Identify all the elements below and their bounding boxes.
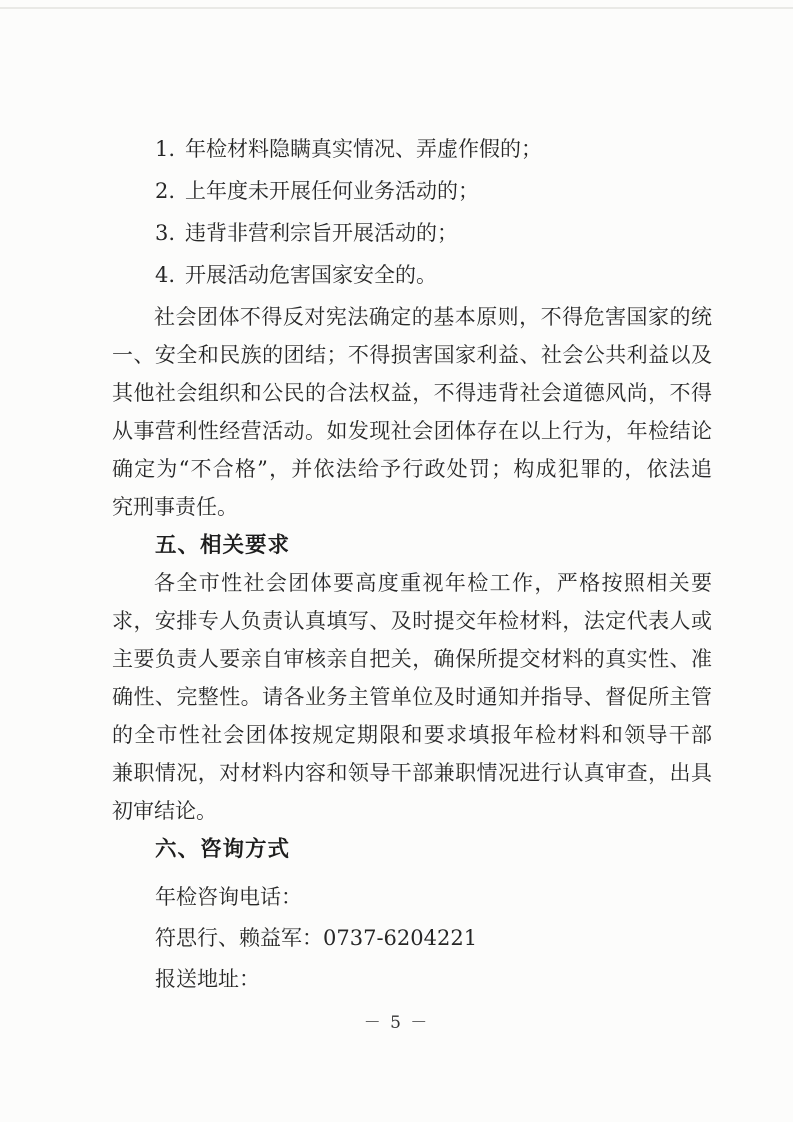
list-item-number: 4. [155, 256, 185, 294]
para-line: 确定为“不合格”，并依法给予行政处罚；构成犯罪的，依法追 [112, 450, 712, 488]
list-item-text: 年检材料隐瞒真实情况、弄虚作假的； [185, 137, 542, 161]
paragraph-requirements: 各全市性社会团体要高度重视年检工作，严格按照相关要 求，安排专人负责认真填写、及… [112, 564, 712, 830]
para-line: 的全市性社会团体按规定期限和要求填报年检材料和领导干部 [112, 716, 712, 754]
phone-label-line: 年检咨询电话： [112, 877, 712, 918]
document-content: 1.年检材料隐瞒真实情况、弄虚作假的； 2.上年度未开展任何业务活动的； 3.违… [112, 130, 712, 1000]
para-line: 各全市性社会团体要高度重视年检工作，严格按照相关要 [112, 564, 712, 602]
list-item-text: 上年度未开展任何业务活动的； [185, 179, 479, 203]
section-6-heading: 六、咨询方式 [112, 830, 712, 868]
para-line: 主要负责人要亲自审核亲自把关，确保所提交材料的真实性、准 [112, 640, 712, 678]
list-item-number: 2. [155, 172, 185, 210]
numbered-list: 1.年检材料隐瞒真实情况、弄虚作假的； 2.上年度未开展任何业务活动的； 3.违… [112, 130, 712, 294]
page-number: － 5 － [0, 1008, 793, 1033]
scan-edge-line [0, 7, 793, 9]
contact-block: 年检咨询电话： 符思行、赖益军：0737-6204221 报送地址： [112, 877, 712, 1000]
para-line: 求，安排专人负责认真填写、及时提交年检材料，法定代表人或 [112, 602, 712, 640]
para-line: 确性、完整性。请各业务主管单位及时通知并指导、督促所主管 [112, 678, 712, 716]
list-item-1: 1.年检材料隐瞒真实情况、弄虚作假的； [112, 130, 712, 168]
document-page: { "document": { "list_items": [ { "num":… [0, 0, 793, 1122]
contact-phone-line: 符思行、赖益军：0737-6204221 [112, 918, 712, 959]
list-item-number: 1. [155, 130, 185, 168]
para-line: 初审结论。 [112, 792, 712, 830]
para-line: 究刑事责任。 [112, 488, 712, 526]
para-line: 其他社会组织和公民的合法权益，不得违背社会道德风尚，不得 [112, 374, 712, 412]
list-item-text: 开展活动危害国家安全的。 [185, 263, 437, 287]
section-5-heading: 五、相关要求 [112, 526, 712, 564]
paragraph-violations: 社会团体不得反对宪法确定的基本原则，不得危害国家的统 一、安全和民族的团结；不得… [112, 298, 712, 526]
address-label-line: 报送地址： [112, 959, 712, 1000]
para-line: 从事营利性经营活动。如发现社会团体存在以上行为，年检结论 [112, 412, 712, 450]
list-item-number: 3. [155, 214, 185, 252]
para-line: 社会团体不得反对宪法确定的基本原则，不得危害国家的统 [112, 298, 712, 336]
para-line: 一、安全和民族的团结；不得损害国家利益、社会公共利益以及 [112, 336, 712, 374]
para-line: 兼职情况，对材料内容和领导干部兼职情况进行认真审查，出具 [112, 754, 712, 792]
list-item-3: 3.违背非营利宗旨开展活动的； [112, 214, 712, 252]
list-item-4: 4.开展活动危害国家安全的。 [112, 256, 712, 294]
list-item-2: 2.上年度未开展任何业务活动的； [112, 172, 712, 210]
list-item-text: 违背非营利宗旨开展活动的； [185, 221, 458, 245]
